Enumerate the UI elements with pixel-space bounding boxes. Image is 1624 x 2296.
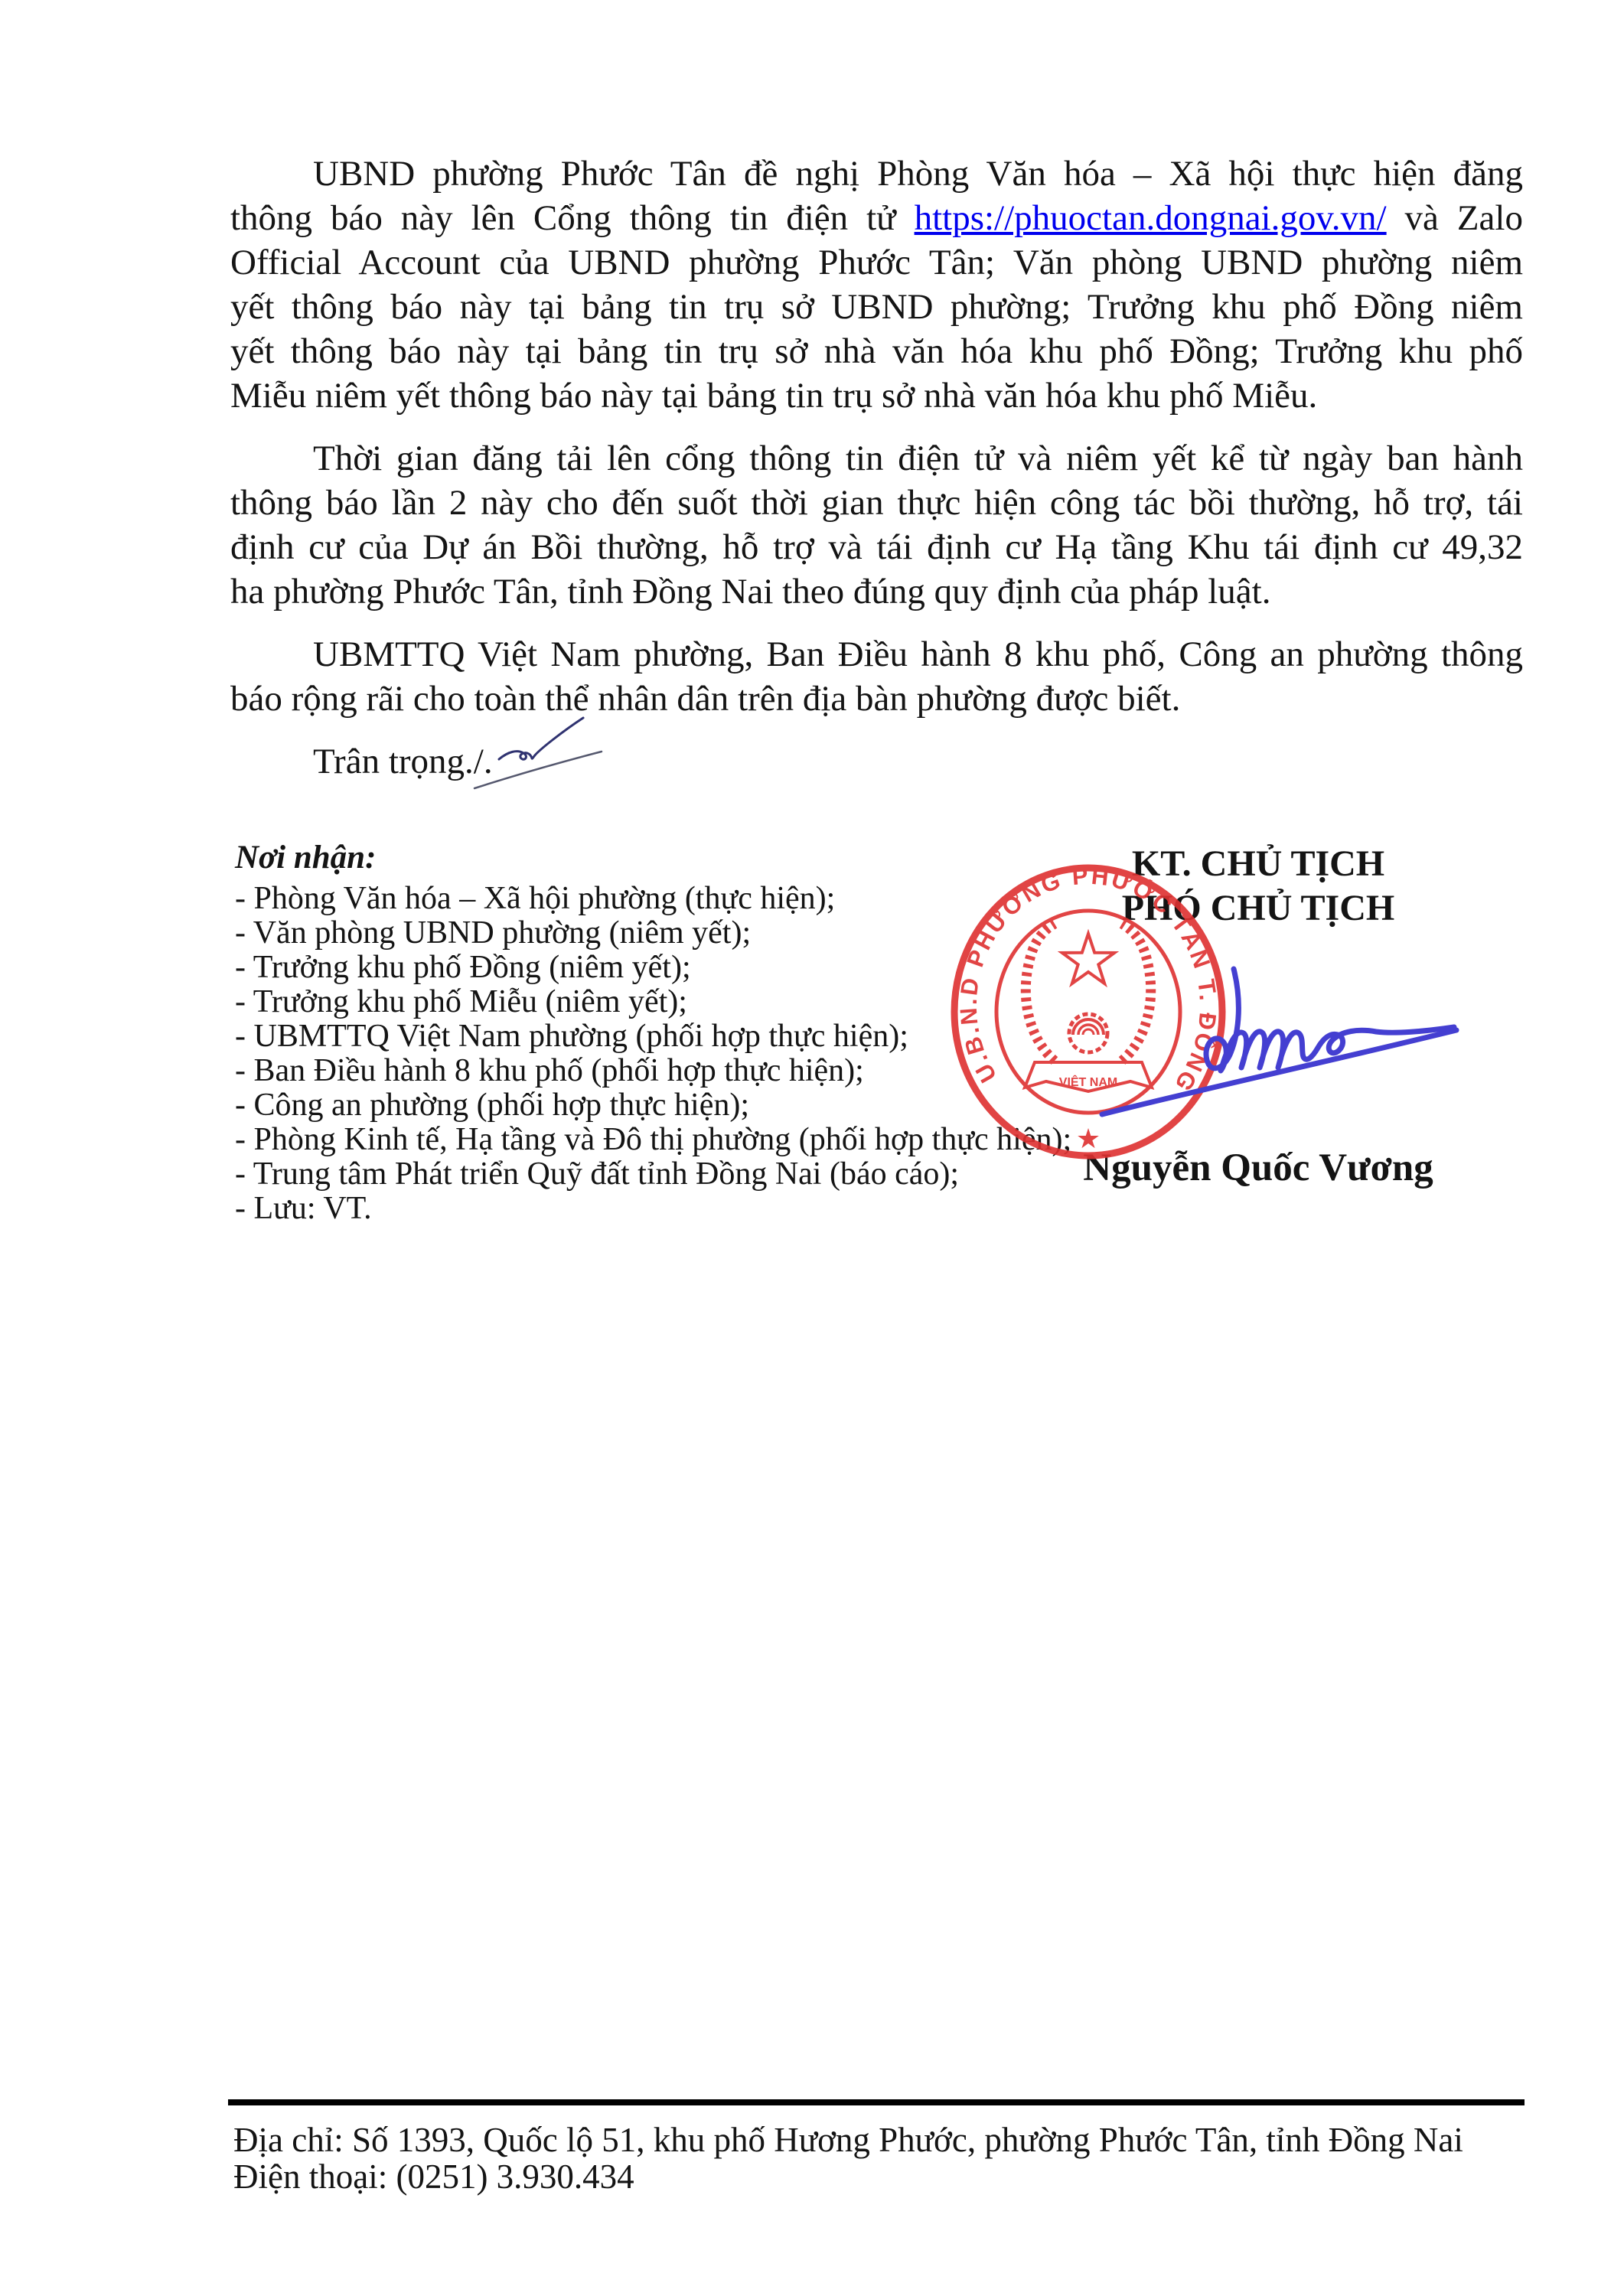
paragraph-3: UBMTTQ Việt Nam phường, Ban Điều hành 8 … <box>230 632 1523 721</box>
paragraph-line: Thời gian đăng tải lên cổng thông tin đi… <box>230 436 1523 481</box>
recipient-item: - Phòng Kinh tế, Hạ tầng và Đô thị phườn… <box>235 1123 1071 1157</box>
recipient-item: - Lưu: VT. <box>235 1192 1071 1226</box>
paragraph-line: định cư của Dự án Bồi thường, hỗ trợ và … <box>230 525 1523 569</box>
initials-scribble-icon <box>456 704 655 819</box>
recipients-list: - Phòng Văn hóa – Xã hội phường (thực hi… <box>235 882 1071 1226</box>
footer-block: Địa chỉ: Số 1393, Quốc lộ 51, khu phố Hư… <box>233 2122 1463 2195</box>
document-page: UBND phường Phước Tân đề nghị Phòng Văn … <box>0 0 1624 2296</box>
recipient-item: - Ban Điều hành 8 khu phố (phối hợp thực… <box>235 1054 1071 1088</box>
signature-scribble-icon <box>1087 947 1469 1127</box>
paragraph-line: UBMTTQ Việt Nam phường, Ban Điều hành 8 … <box>230 632 1523 677</box>
recipients-block: Nơi nhận: - Phòng Văn hóa – Xã hội phườn… <box>235 839 1071 1226</box>
seal-bottom-star-icon: ★ <box>1076 1124 1101 1154</box>
footer-address: Địa chỉ: Số 1393, Quốc lộ 51, khu phố Hư… <box>233 2122 1463 2158</box>
recipient-item: - Phòng Văn hóa – Xã hội phường (thực hi… <box>235 882 1071 916</box>
paragraph-line: thông báo lần 2 này cho đến suốt thời gi… <box>230 481 1523 525</box>
paragraph-line: thông báo này lên Cổng thông tin điện tử… <box>230 196 1523 240</box>
footer-divider <box>228 2099 1525 2105</box>
recipient-item: - UBMTTQ Việt Nam phường (phối hợp thực … <box>235 1019 1071 1054</box>
paragraph-line: báo rộng rãi cho toàn thể nhân dân trên … <box>230 677 1523 721</box>
recipient-item: - Trưởng khu phố Đồng (niêm yết); <box>235 951 1071 985</box>
paragraph-line: UBND phường Phước Tân đề nghị Phòng Văn … <box>230 152 1523 196</box>
portal-link[interactable]: https://phuoctan.dongnai.gov.vn/ <box>915 198 1387 238</box>
paragraph-1: UBND phường Phước Tân đề nghị Phòng Văn … <box>230 152 1523 418</box>
recipient-item: - Trưởng khu phố Miễu (niêm yết); <box>235 985 1071 1019</box>
paragraph-line: Official Account của UBND phường Phước T… <box>230 240 1523 285</box>
paragraph-2: Thời gian đăng tải lên cổng thông tin đi… <box>230 436 1523 614</box>
recipient-item: - Trung tâm Phát triển Quỹ đất tỉnh Đồng… <box>235 1157 1071 1192</box>
footer-phone: Điện thoại: (0251) 3.930.434 <box>233 2158 1463 2195</box>
closing-salutation: Trân trọng./. <box>230 739 1523 784</box>
recipient-item: - Văn phòng UBND phường (niêm yết); <box>235 916 1071 951</box>
paragraph-line: Miễu niêm yết thông báo này tại bảng tin… <box>230 373 1523 418</box>
recipients-header: Nơi nhận: <box>235 839 1071 877</box>
paragraph-text: và Zalo <box>1387 198 1523 238</box>
paragraph-line: ha phường Phước Tân, tỉnh Đồng Nai theo … <box>230 569 1523 614</box>
paragraph-text: thông báo này lên Cổng thông tin điện tử <box>230 198 915 238</box>
paragraph-line: yết thông báo này tại bảng tin trụ sở UB… <box>230 285 1523 329</box>
paragraph-line: yết thông báo này tại bảng tin trụ sở nh… <box>230 329 1523 373</box>
document-body: UBND phường Phước Tân đề nghị Phòng Văn … <box>230 152 1523 784</box>
recipient-item: - Công an phường (phối hợp thực hiện); <box>235 1088 1071 1123</box>
